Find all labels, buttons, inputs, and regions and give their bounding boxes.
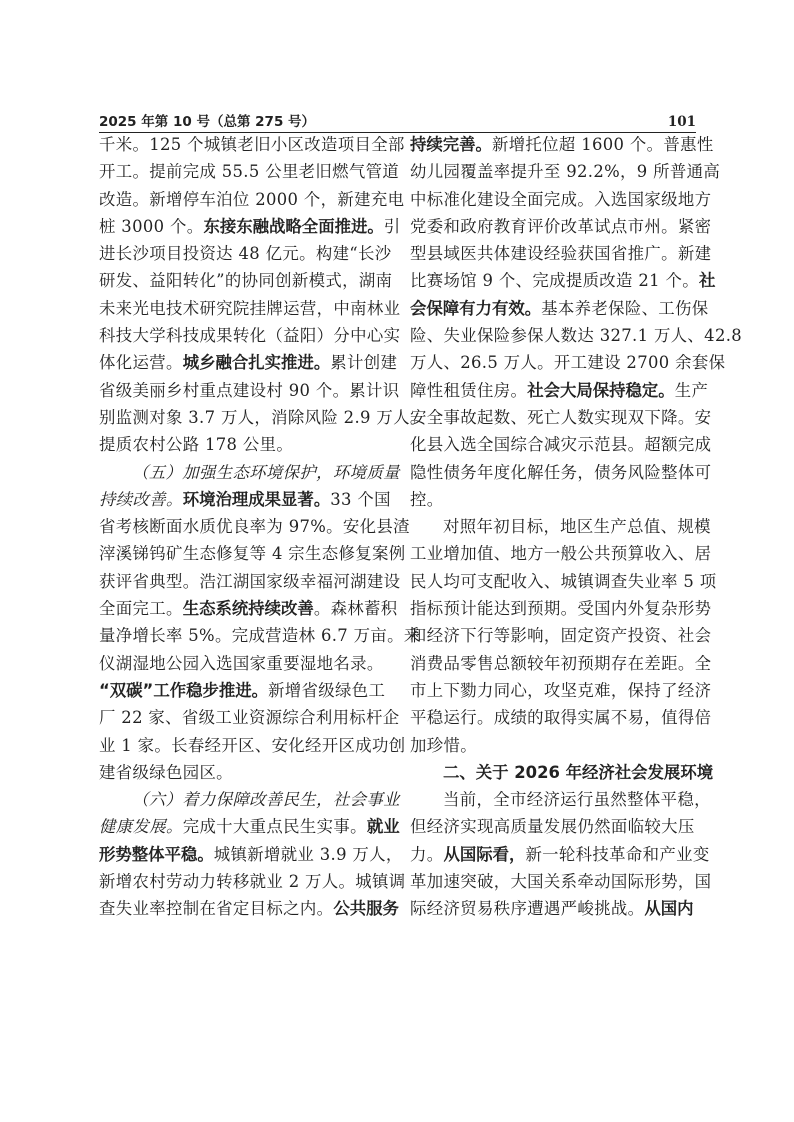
body-text: 险、失业保险参保人数达 327.1 万人、42.8 bbox=[410, 326, 742, 345]
body-text: 新增托位超 1600 个。普惠性 bbox=[492, 135, 714, 154]
body-text: 引 bbox=[384, 217, 401, 236]
text-line: 业 1 家。长春经开区、安化经开区成功创 bbox=[99, 732, 387, 759]
text-line: 工业增加值、地方一般公共预算收入、居 bbox=[410, 540, 698, 567]
issue-label: 2025 年第 10 号（总第 275 号） bbox=[99, 114, 315, 131]
body-text: 别监测对象 3.7 万人，消除风险 2.9 万人。 bbox=[99, 408, 427, 427]
body-text: 安全事故起数、死亡人数实现双下降。安 bbox=[410, 408, 711, 427]
bold-heading-text: 环境治理成果显著。 bbox=[183, 490, 331, 509]
text-line: 革加速突破，大国关系牵动国际形势，国 bbox=[410, 868, 698, 895]
bold-heading-text: 城乡融合扎实推进。 bbox=[183, 353, 331, 372]
text-line: 化县入选全国综合减灾示范县。超额完成 bbox=[410, 431, 698, 458]
body-text: 建省级绿色园区。 bbox=[99, 763, 233, 782]
body-text: 提质农村公路 178 公里。 bbox=[99, 435, 293, 454]
section-heading-text: （五）加强生态环境保护，环境质量 bbox=[132, 463, 400, 482]
text-line: 党委和政府教育评价改革试点市州。紧密 bbox=[410, 213, 698, 240]
text-line: 指标预计能达到预期。受国内外复杂形势 bbox=[410, 595, 698, 622]
text-line: 改造。新增停车泊位 2000 个，新建充电 bbox=[99, 186, 387, 213]
text-line: 省级美丽乡村重点建设村 90 个。累计识 bbox=[99, 377, 387, 404]
body-text: 滓溪锑钨矿生态修复等 4 宗生态修复案例 bbox=[99, 544, 406, 563]
text-line: 持续改善。环境治理成果显著。33 个国 bbox=[99, 486, 387, 513]
text-line: 力。从国际看，新一轮科技革命和产业变 bbox=[410, 841, 698, 868]
body-text: 仪湖湿地公园入选国家重要湿地名录。 bbox=[99, 654, 384, 673]
body-text: 新增农村劳动力转移就业 2 万人。城镇调 bbox=[99, 872, 406, 891]
text-line: 全面完工。生态系统持续改善。森林蓄积 bbox=[99, 595, 387, 622]
text-line: 仪湖湿地公园入选国家重要湿地名录。 bbox=[99, 650, 387, 677]
body-text: 化县入选全国综合减灾示范县。超额完成 bbox=[410, 435, 711, 454]
text-line: 比赛场馆 9 个、完成提质改造 21 个。社 bbox=[410, 267, 698, 294]
body-text: 中标准化建设全面完成。入选国家级地方 bbox=[410, 190, 711, 209]
text-line: 滓溪锑钨矿生态修复等 4 宗生态修复案例 bbox=[99, 540, 387, 567]
body-text: 型县域医共体建设经验获国省推广。新建 bbox=[410, 244, 711, 263]
text-line: 建省级绿色园区。 bbox=[99, 759, 387, 786]
text-line: 中标准化建设全面完成。入选国家级地方 bbox=[410, 186, 698, 213]
bold-heading-text: 生态系统持续改善 bbox=[183, 599, 314, 618]
body-text: 研发、益阳转化”的协同创新模式，湖南 bbox=[99, 271, 392, 290]
body-text: 消费品零售总额较年初预期存在差距。全 bbox=[410, 654, 711, 673]
text-line: 二、关于 2026 年经济社会发展环境 bbox=[410, 759, 698, 786]
body-text: 完成十大重点民生实事。 bbox=[183, 817, 367, 836]
body-text: 33 个国 bbox=[330, 490, 391, 509]
text-line: 查失业率控制在省定目标之内。公共服务 bbox=[99, 895, 387, 922]
body-text: 革加速突破，大国关系牵动国际形势，国 bbox=[410, 872, 711, 891]
body-text: 民人均可支配收入、城镇调查失业率 5 项 bbox=[410, 572, 717, 591]
body-text: 力。 bbox=[410, 845, 443, 864]
text-line: 幼儿园覆盖率提升至 92.2%，9 所普通高 bbox=[410, 158, 698, 185]
section-heading-text: 持续改善。 bbox=[99, 490, 183, 509]
text-line: 量净增长率 5%。完成营造林 6.7 万亩。来 bbox=[99, 622, 387, 649]
text-line: 会保障有力有效。基本养老保险、工伤保 bbox=[410, 295, 698, 322]
text-line: 厂 22 家、省级工业资源综合利用标杆企 bbox=[99, 704, 387, 731]
text-line: 持续完善。新增托位超 1600 个。普惠性 bbox=[410, 131, 698, 158]
body-text: 但经济实现高质量发展仍然面临较大压 bbox=[410, 817, 695, 836]
text-line: 形势整体平稳。城镇新增就业 3.9 万人， bbox=[99, 841, 387, 868]
text-line: 科技大学科技成果转化（益阳）分中心实 bbox=[99, 322, 387, 349]
section-heading-text: （六）着力保障改善民生，社会事业 bbox=[132, 790, 400, 809]
body-text: 和经济下行等影响，固定资产投资、社会 bbox=[410, 626, 711, 645]
body-text: 比赛场馆 9 个、完成提质改造 21 个。 bbox=[410, 271, 699, 290]
text-line: 桩 3000 个。东接东融战略全面推进。引 bbox=[99, 213, 387, 240]
body-text: 全面完工。 bbox=[99, 599, 183, 618]
body-text: 改造。新增停车泊位 2000 个，新建充电 bbox=[99, 190, 404, 209]
text-line: 新增农村劳动力转移就业 2 万人。城镇调 bbox=[99, 868, 387, 895]
body-text: 指标预计能达到预期。受国内外复杂形势 bbox=[410, 599, 711, 618]
text-line: 未来光电技术研究院挂牌运营，中南林业 bbox=[99, 295, 387, 322]
body-text: 控。 bbox=[410, 490, 443, 509]
body-text: 未来光电技术研究院挂牌运营，中南林业 bbox=[99, 299, 400, 318]
page-number: 101 bbox=[668, 114, 696, 131]
body-text: 城镇新增就业 3.9 万人， bbox=[214, 845, 403, 864]
body-text: 开工。提前完成 55.5 公里老旧燃气管道 bbox=[99, 162, 399, 181]
text-line: 对照年初目标，地区生产总值、规模 bbox=[410, 513, 698, 540]
body-text: 。森林蓄积 bbox=[314, 599, 398, 618]
body-text: 幼儿园覆盖率提升至 92.2%，9 所普通高 bbox=[410, 162, 720, 181]
bold-heading-text: 东接东融战略全面推进。 bbox=[203, 217, 383, 236]
bold-heading-text: 社 bbox=[699, 271, 715, 290]
bold-heading-text: 从国际看， bbox=[443, 845, 525, 864]
body-text: 查失业率控制在省定目标之内。 bbox=[99, 899, 333, 918]
bold-heading-text: 形势整体平稳。 bbox=[99, 845, 214, 864]
bold-heading-text: “双碳”工作稳步推进。 bbox=[99, 681, 268, 700]
text-line: （六）着力保障改善民生，社会事业 bbox=[99, 786, 387, 813]
text-line: 省考核断面水质优良率为 97%。安化县渣 bbox=[99, 513, 387, 540]
text-line: 和经济下行等影响，固定资产投资、社会 bbox=[410, 622, 698, 649]
text-line: 体化运营。城乡融合扎实推进。累计创建 bbox=[99, 349, 387, 376]
bold-heading-text: 从国内 bbox=[644, 899, 693, 918]
text-line: “双碳”工作稳步推进。新增省级绿色工 bbox=[99, 677, 387, 704]
body-text: 新一轮科技革命和产业变 bbox=[525, 845, 709, 864]
body-text: 体化运营。 bbox=[99, 353, 183, 372]
section-heading-text: 健康发展。 bbox=[99, 817, 183, 836]
bold-heading-text: 二、关于 2026 年经济社会发展环境 bbox=[443, 763, 713, 782]
body-text: 市上下勠力同心，攻坚克难，保持了经济 bbox=[410, 681, 711, 700]
text-line: （五）加强生态环境保护，环境质量 bbox=[99, 459, 387, 486]
text-line: 市上下勠力同心，攻坚克难，保持了经济 bbox=[410, 677, 698, 704]
body-text: 对照年初目标，地区生产总值、规模 bbox=[443, 517, 711, 536]
body-text: 量净增长率 5%。完成营造林 6.7 万亩。来 bbox=[99, 626, 421, 645]
text-line: 隐性债务年度化解任务，债务风险整体可 bbox=[410, 459, 698, 486]
body-text: 际经济贸易秩序遭遇严峻挑战。 bbox=[410, 899, 644, 918]
body-text: 障性租赁住房。 bbox=[410, 381, 527, 400]
bold-heading-text: 就业 bbox=[367, 817, 400, 836]
body-text: 工业增加值、地方一般公共预算收入、居 bbox=[410, 544, 711, 563]
text-line: 提质农村公路 178 公里。 bbox=[99, 431, 387, 458]
body-text: 业 1 家。长春经开区、安化经开区成功创 bbox=[99, 736, 406, 755]
text-line: 险、失业保险参保人数达 327.1 万人、42.8 bbox=[410, 322, 698, 349]
bold-heading-text: 持续完善。 bbox=[410, 135, 492, 154]
text-line: 别监测对象 3.7 万人，消除风险 2.9 万人。 bbox=[99, 404, 387, 431]
body-text: 厂 22 家、省级工业资源综合利用标杆企 bbox=[99, 708, 400, 727]
body-text: 千米。125 个城镇老旧小区改造项目全部 bbox=[99, 135, 405, 154]
text-line: 平稳运行。成绩的取得实属不易，值得倍 bbox=[410, 704, 698, 731]
text-line: 研发、益阳转化”的协同创新模式，湖南 bbox=[99, 267, 387, 294]
text-line: 万人、26.5 万人。开工建设 2700 余套保 bbox=[410, 349, 698, 376]
right-text-column: 持续完善。新增托位超 1600 个。普惠性幼儿园覆盖率提升至 92.2%，9 所… bbox=[410, 131, 698, 923]
text-line: 消费品零售总额较年初预期存在差距。全 bbox=[410, 650, 698, 677]
bold-heading-text: 会保障有力有效。 bbox=[410, 299, 541, 318]
body-text: 新增省级绿色工 bbox=[268, 681, 385, 700]
text-line: 安全事故起数、死亡人数实现双下降。安 bbox=[410, 404, 698, 431]
text-line: 开工。提前完成 55.5 公里老旧燃气管道 bbox=[99, 158, 387, 185]
text-line: 民人均可支配收入、城镇调查失业率 5 项 bbox=[410, 568, 698, 595]
body-text: 科技大学科技成果转化（益阳）分中心实 bbox=[99, 326, 400, 345]
text-line: 千米。125 个城镇老旧小区改造项目全部 bbox=[99, 131, 387, 158]
body-text: 累计创建 bbox=[330, 353, 397, 372]
bold-heading-text: 公共服务 bbox=[333, 899, 399, 918]
text-line: 当前，全市经济运行虽然整体平稳， bbox=[410, 786, 698, 813]
text-line: 进长沙项目投资达 48 亿元。构建“长沙 bbox=[99, 240, 387, 267]
body-text: 隐性债务年度化解任务，债务风险整体可 bbox=[410, 463, 711, 482]
body-text: 桩 3000 个。 bbox=[99, 217, 203, 236]
text-line: 障性租赁住房。社会大局保持稳定。生产 bbox=[410, 377, 698, 404]
body-text: 党委和政府教育评价改革试点市州。紧密 bbox=[410, 217, 711, 236]
text-line: 控。 bbox=[410, 486, 698, 513]
text-line: 但经济实现高质量发展仍然面临较大压 bbox=[410, 813, 698, 840]
body-text: 生产 bbox=[675, 381, 708, 400]
text-line: 健康发展。完成十大重点民生实事。就业 bbox=[99, 813, 387, 840]
body-text: 进长沙项目投资达 48 亿元。构建“长沙 bbox=[99, 244, 392, 263]
body-text: 基本养老保险、工伤保 bbox=[541, 299, 708, 318]
body-text: 省级美丽乡村重点建设村 90 个。累计识 bbox=[99, 381, 400, 400]
text-line: 获评省典型。浩江湖国家级幸福河湖建设 bbox=[99, 568, 387, 595]
text-line: 型县域医共体建设经验获国省推广。新建 bbox=[410, 240, 698, 267]
body-text: 平稳运行。成绩的取得实属不易，值得倍 bbox=[410, 708, 711, 727]
left-text-column: 千米。125 个城镇老旧小区改造项目全部开工。提前完成 55.5 公里老旧燃气管… bbox=[99, 131, 387, 923]
text-line: 际经济贸易秩序遭遇严峻挑战。从国内 bbox=[410, 895, 698, 922]
body-text: 加珍惜。 bbox=[410, 736, 477, 755]
body-text: 万人、26.5 万人。开工建设 2700 余套保 bbox=[410, 353, 725, 372]
body-text: 获评省典型。浩江湖国家级幸福河湖建设 bbox=[99, 572, 400, 591]
body-text: 省考核断面水质优良率为 97%。安化县渣 bbox=[99, 517, 410, 536]
bold-heading-text: 社会大局保持稳定。 bbox=[527, 381, 675, 400]
text-line: 加珍惜。 bbox=[410, 732, 698, 759]
body-text: 当前，全市经济运行虽然整体平稳， bbox=[443, 790, 711, 809]
